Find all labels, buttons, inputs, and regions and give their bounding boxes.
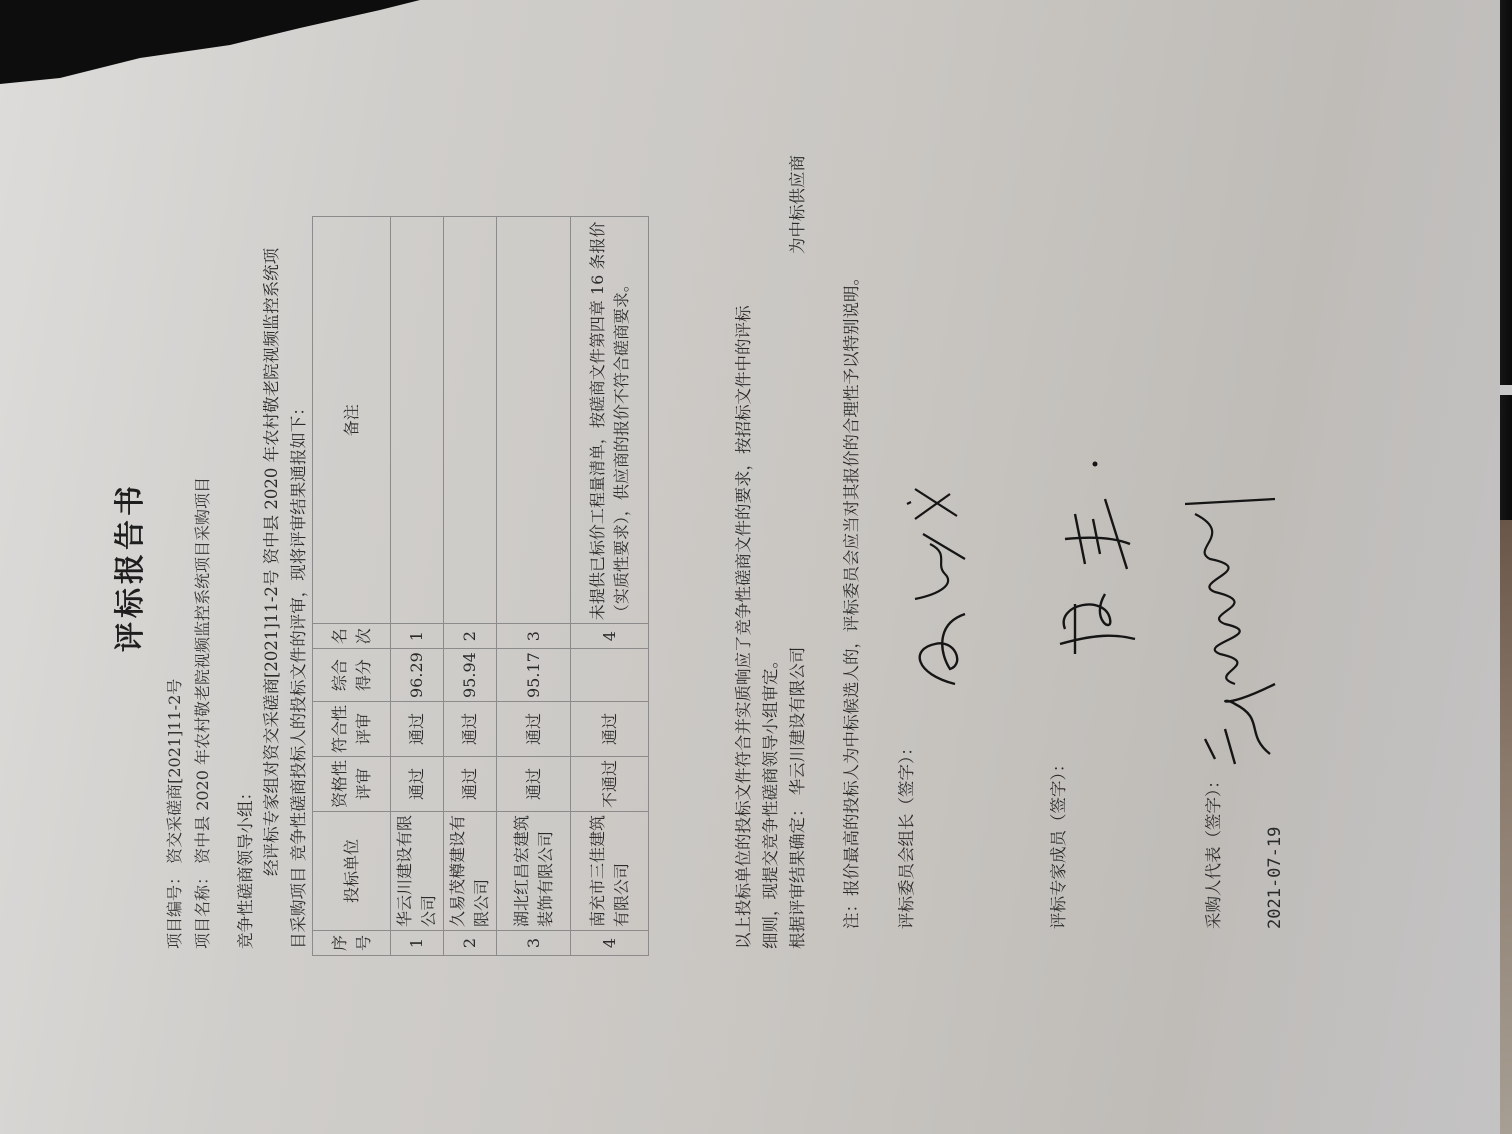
decision-suffix: 为中标供应商: [784, 155, 808, 254]
document-title: 评标报告书: [105, 0, 149, 1134]
project-number-label: 项目编号：: [165, 869, 184, 949]
cell-conformity: 通过: [391, 702, 444, 757]
cell-rank: 2: [444, 624, 497, 649]
winning-bidder: 华云川建设有限公司: [788, 647, 807, 796]
header-note: 备注: [313, 217, 391, 624]
paper-sheet: 评标报告书 项目编号： 资交采磋商[2021]11-2号 项目名称： 资中县 2…: [0, 0, 1500, 1134]
decision-line: 根据评审结果确定： 华云川建设有限公司: [784, 647, 808, 949]
header-score: 综合得分: [313, 649, 391, 702]
cell-seq: 3: [497, 931, 571, 956]
cell-unit: 南充市三佳建筑有限公司: [571, 812, 649, 931]
header-qualification: 资格性评审: [313, 757, 391, 812]
member-signature-mark: [1035, 434, 1145, 664]
intro-line-1: 经评标专家组对资交采磋商[2021]11-2号 资中县 2020 年农村敬老院视…: [258, 248, 282, 876]
leader-signature-label: 评标委员会组长（签字）：: [893, 739, 917, 929]
cell-conformity: 通过: [571, 702, 649, 757]
document-page: 评标报告书 项目编号： 资交采磋商[2021]11-2号 项目名称： 资中县 2…: [0, 0, 1500, 1134]
table-row: 1 华云川建设有限公司 通过 通过 96.29 1: [391, 217, 444, 956]
header-unit: 投标单位: [313, 812, 391, 931]
table-header-row: 序号 投标单位 资格性评审 符合性评审 综合得分 名次 备注: [313, 217, 391, 956]
project-name-line: 项目名称： 资中县 2020 年农村敬老院视频监控系统项目采购项目: [190, 477, 213, 949]
evaluation-results-table: 序号 投标单位 资格性评审 符合性评审 综合得分 名次 备注 1 华云川建设有限…: [312, 216, 649, 956]
cell-note: [497, 217, 571, 624]
cell-note: [444, 217, 497, 624]
table-row: 4 南充市三佳建筑有限公司 不通过 通过 4 未提供已标价工程量清单，按磋商文件…: [571, 217, 649, 956]
table-row: 3 湖北红昌宏建筑装饰有限公司 通过 通过 95.17 3: [497, 217, 571, 956]
project-number-line: 项目编号： 资交采磋商[2021]11-2号: [162, 679, 185, 949]
cell-score: 95.17: [497, 649, 571, 702]
salutation: 竞争性磋商领导小组：: [232, 784, 256, 949]
cell-qualification: 不通过: [571, 757, 649, 812]
cell-qualification: 通过: [391, 757, 444, 812]
cell-unit: 久易茂樽建设有限公司: [444, 812, 497, 931]
cell-seq: 1: [391, 931, 444, 956]
cell-rank: 4: [571, 624, 649, 649]
project-name: 资中县 2020 年农村敬老院视频监控系统项目采购项目: [193, 477, 212, 864]
cell-conformity: 通过: [497, 702, 571, 757]
cell-unit: 湖北红昌宏建筑装饰有限公司: [497, 812, 571, 931]
cell-seq: 4: [571, 931, 649, 956]
purchaser-signature-label: 采购人代表（签字）：: [1200, 772, 1224, 929]
cell-seq: 2: [444, 931, 497, 956]
cell-note: 未提供已标价工程量清单，按磋商文件第四章 16 条报价（实质性要求），供应商的报…: [571, 217, 649, 624]
conclusion-line-1: 以上投标单位的投标文件符合并实质响应了竞争性磋商文件的要求，按招标文件中的评标: [730, 306, 754, 950]
cell-qualification: 通过: [444, 757, 497, 812]
cell-rank: 1: [391, 624, 444, 649]
intro-line-2: 目采购项目 竞争性磋商投标人的投标文件的评审，现将评审结果通报如下：: [285, 399, 309, 949]
cell-score: 96.29: [391, 649, 444, 702]
cell-rank: 3: [497, 624, 571, 649]
table-row: 2 久易茂樽建设有限公司 通过 通过 95.94 2: [444, 217, 497, 956]
photo-scene: 评标报告书 项目编号： 资交采磋商[2021]11-2号 项目名称： 资中县 2…: [0, 0, 1512, 1134]
cell-score: 95.94: [444, 649, 497, 702]
project-number: 资交采磋商[2021]11-2号: [165, 679, 184, 864]
cell-score: [571, 649, 649, 702]
decision-prefix: 根据评审结果确定：: [788, 801, 807, 950]
cell-qualification: 通过: [497, 757, 571, 812]
conclusion-line-2: 细则，现提交竞争性磋商领导小组审定。: [757, 652, 781, 949]
cell-conformity: 通过: [444, 702, 497, 757]
header-conformity: 符合性评审: [313, 702, 391, 757]
cell-unit: 华云川建设有限公司: [391, 812, 444, 931]
purchaser-signature-mark: [1175, 474, 1295, 774]
header-seq: 序号: [313, 931, 391, 956]
cell-note: [391, 217, 444, 624]
member-signature-label: 评标专家成员（签字）：: [1045, 756, 1069, 929]
footnote: 注：报价最高的投标人为中标候选人的，评标委员会应当对其报价的合理性予以特别说明。: [838, 269, 862, 929]
report-date: 2021-07-19: [1265, 827, 1285, 929]
header-rank: 名次: [313, 624, 391, 649]
leader-signature-mark: [895, 464, 985, 694]
project-name-label: 项目名称：: [193, 869, 212, 949]
